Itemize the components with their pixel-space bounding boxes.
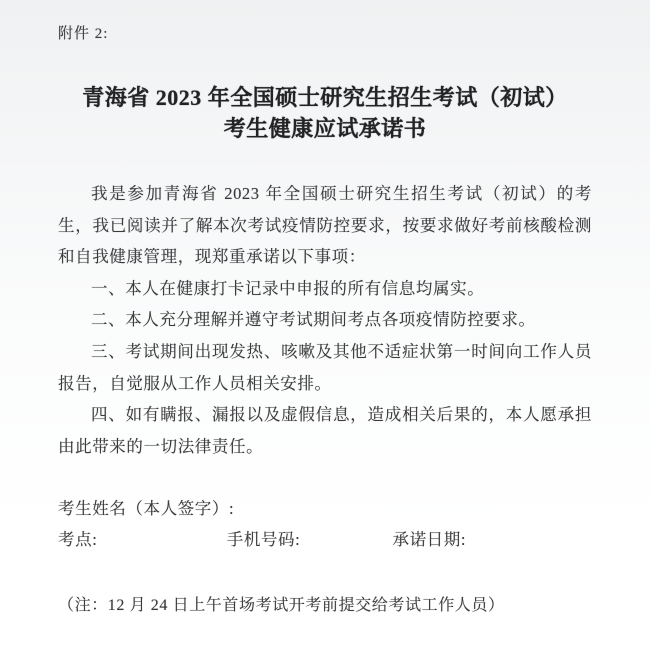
- attachment-label: 附件 2:: [58, 22, 592, 46]
- signee-name-label: 考生姓名（本人签字）:: [58, 493, 592, 524]
- signature-fields-row: 考点: 手机号码: 承诺日期:: [58, 524, 592, 555]
- phone-number-label: 手机号码:: [227, 524, 388, 555]
- commitment-item-2: 二、本人充分理解并遵守考试期间考点各项疫情防控要求。: [58, 304, 592, 336]
- document-page: 附件 2: 青海省 2023 年全国硕士研究生招生考试（初试） 考生健康应试承诺…: [0, 0, 650, 663]
- intro-paragraph: 我是参加青海省 2023 年全国硕士研究生招生考试（初试）的考生，我已阅读并了解…: [58, 178, 592, 273]
- commitment-item-1: 一、本人在健康打卡记录中申报的所有信息均属实。: [58, 273, 592, 305]
- commitment-item-4: 四、如有瞒报、漏报以及虚假信息，造成相关后果的，本人愿承担由此带来的一切法律责任…: [58, 399, 592, 462]
- exam-site-label: 考点:: [58, 524, 222, 555]
- footnote: （注：12 月 24 日上午首场考试开考前提交给考试工作人员）: [58, 590, 592, 621]
- document-title: 青海省 2023 年全国硕士研究生招生考试（初试） 考生健康应试承诺书: [58, 82, 592, 144]
- title-line-2: 考生健康应试承诺书: [58, 113, 592, 144]
- title-line-1: 青海省 2023 年全国硕士研究生招生考试（初试）: [58, 82, 592, 113]
- commitment-item-3: 三、考试期间出现发热、咳嗽及其他不适症状第一时间向工作人员报告，自觉服从工作人员…: [58, 336, 592, 399]
- commitment-date-label: 承诺日期:: [392, 524, 466, 555]
